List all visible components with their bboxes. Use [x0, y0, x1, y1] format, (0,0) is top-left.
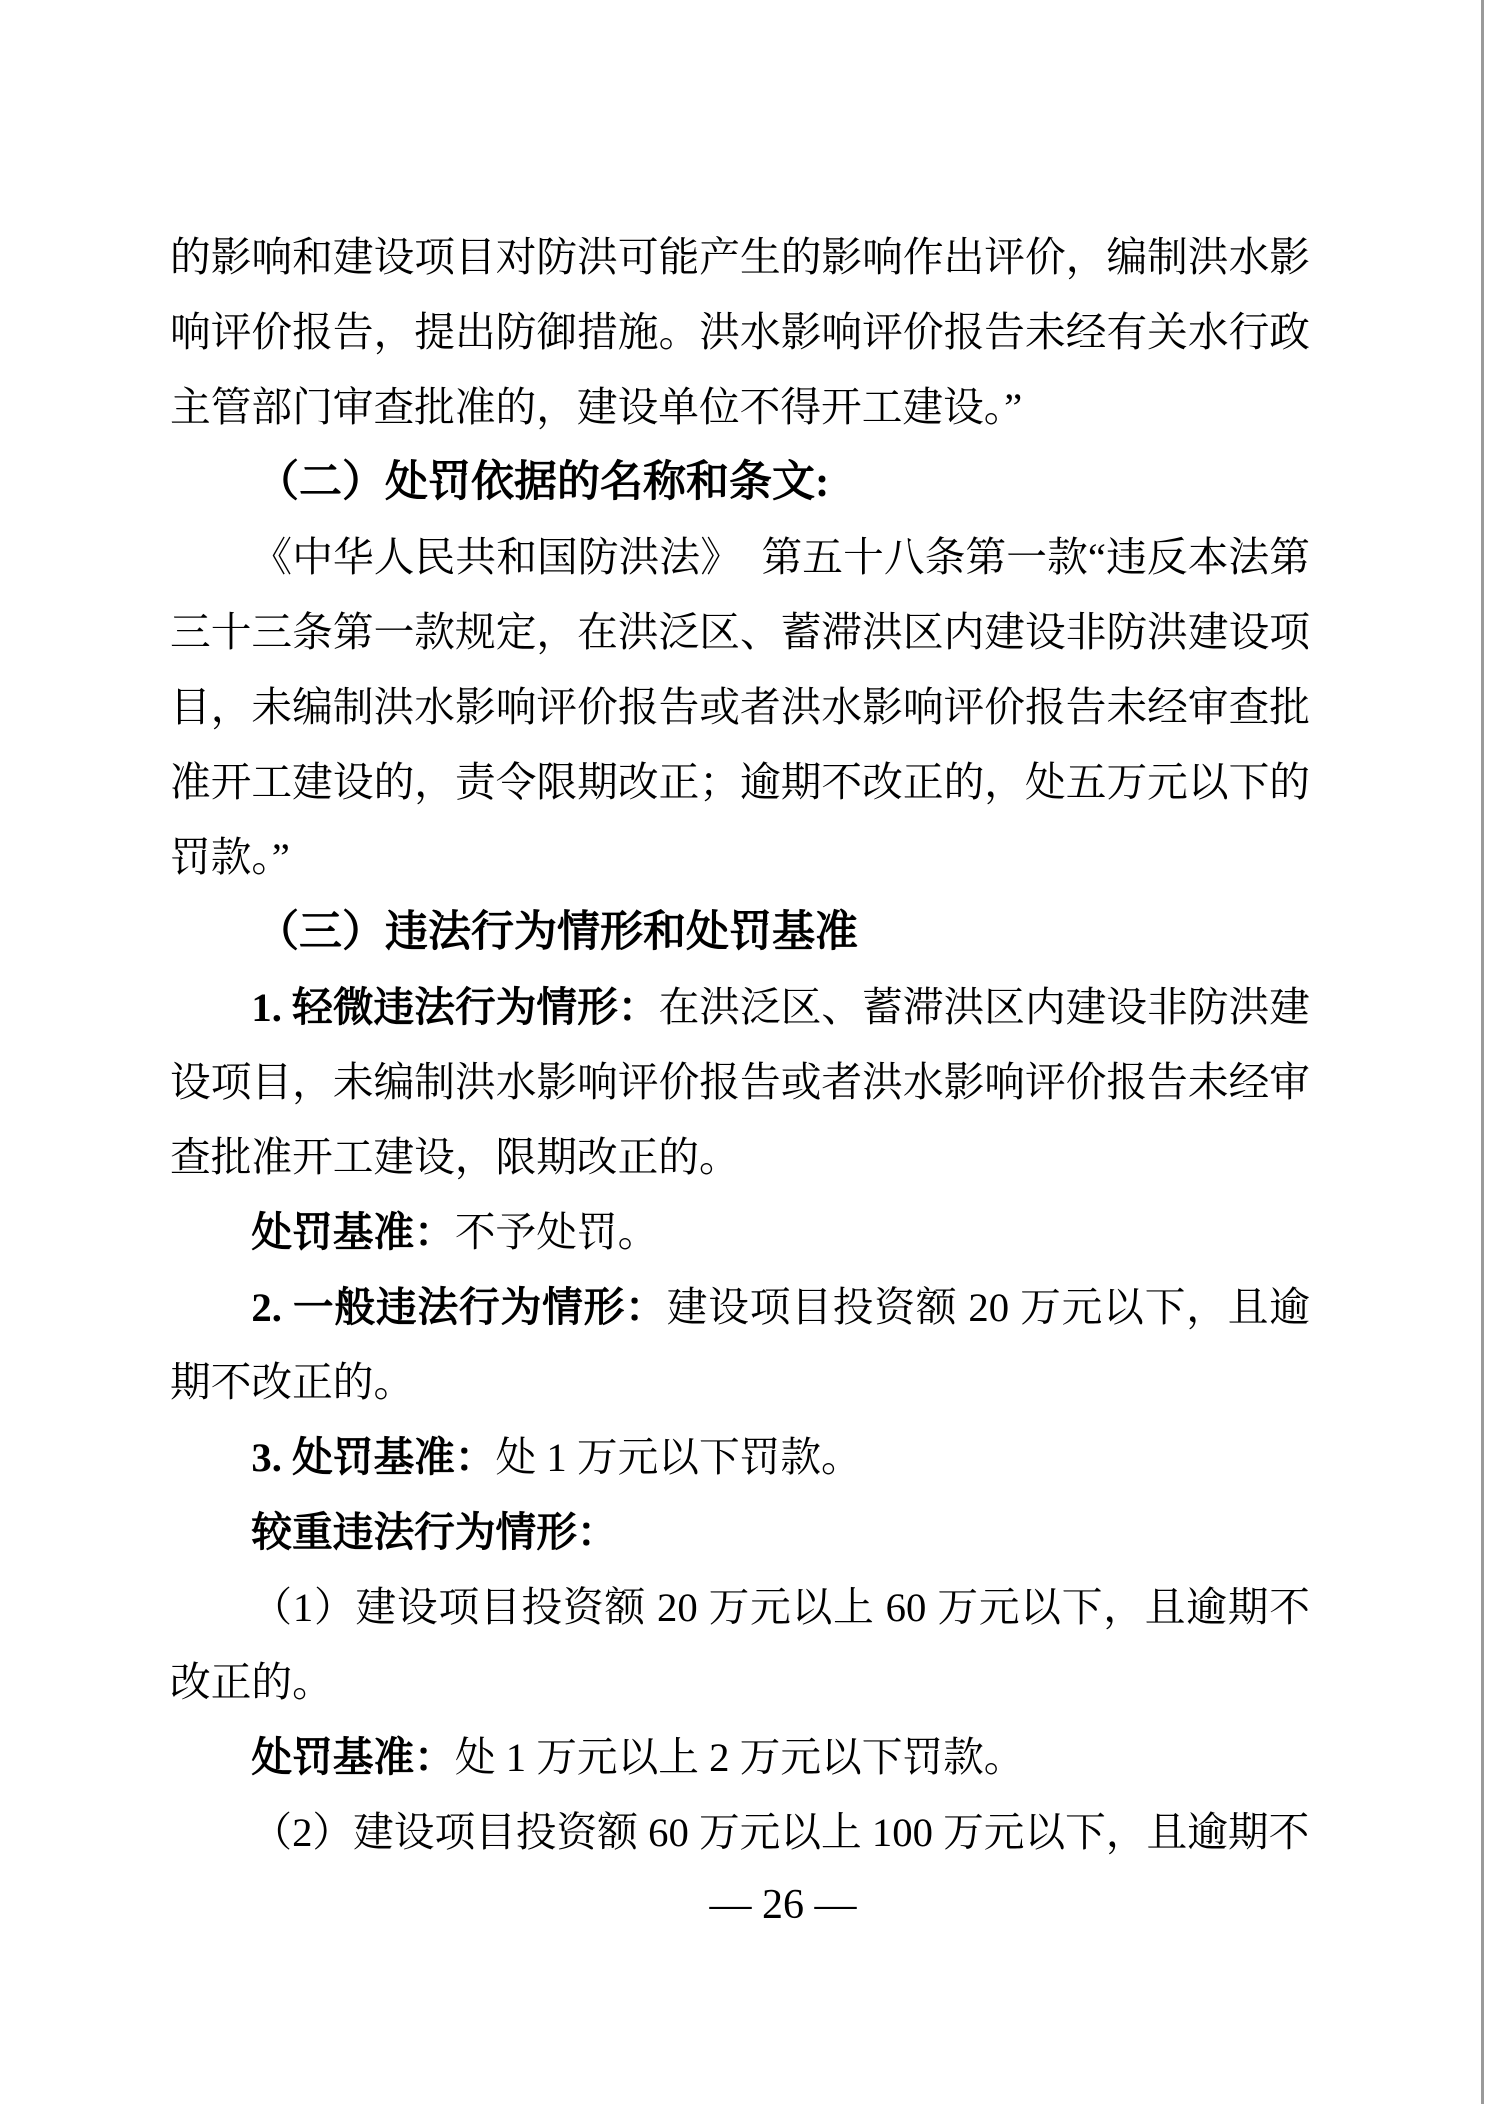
text-run: 的影响和建设项目对防洪可能产生的影响作出评价，编制洪水影响评价报告，提出防御措施… — [170, 235, 1310, 430]
text-run: （1）建设项目投资额 20 万元以上 60 万元以下，且逾期不改正的。 — [170, 1585, 1310, 1705]
section-heading: （三）违法行为情形和处罚基准 — [170, 895, 1310, 970]
bold-text-run: 2. 一般违法行为情形： — [251, 1285, 666, 1330]
text-run: 处 1 万元以上 2 万元以下罚款。 — [455, 1735, 1025, 1780]
text-run: （2）建设项目投资额 60 万元以上 100 万元以下，且逾期不 — [251, 1810, 1309, 1855]
paragraph: 2. 一般违法行为情形：建设项目投资额 20 万元以下，且逾期不改正的。 — [170, 1270, 1310, 1420]
paragraph: 的影响和建设项目对防洪可能产生的影响作出评价，编制洪水影响评价报告，提出防御措施… — [170, 220, 1310, 445]
document-page: 的影响和建设项目对防洪可能产生的影响作出评价，编制洪水影响评价报告，提出防御措施… — [0, 0, 1488, 2104]
paragraph: （2）建设项目投资额 60 万元以上 100 万元以下，且逾期不 — [170, 1795, 1310, 1870]
bold-text-run: 3. 处罚基准： — [251, 1435, 495, 1480]
paragraph: 3. 处罚基准：处 1 万元以下罚款。 — [170, 1420, 1310, 1495]
page-number: — 26 — — [39, 1878, 1488, 1932]
paragraph: 较重违法行为情形： — [170, 1495, 1310, 1570]
bold-text-run: 处罚基准： — [251, 1210, 454, 1255]
section-heading: （二）处罚依据的名称和条文: — [170, 445, 1310, 520]
bold-text-run: 处罚基准： — [251, 1735, 454, 1780]
paragraph: （1）建设项目投资额 20 万元以上 60 万元以下，且逾期不改正的。 — [170, 1570, 1310, 1720]
paragraph: 处罚基准：不予处罚。 — [170, 1195, 1310, 1270]
text-run: 不予处罚。 — [455, 1210, 658, 1255]
paragraph: 处罚基准：处 1 万元以上 2 万元以下罚款。 — [170, 1720, 1310, 1795]
document-body: 的影响和建设项目对防洪可能产生的影响作出评价，编制洪水影响评价报告，提出防御措施… — [170, 220, 1310, 1870]
bold-text-run: （二）处罚依据的名称和条文: — [256, 459, 829, 506]
bold-text-run: 1. 轻微违法行为情形： — [251, 985, 658, 1030]
paragraph: 1. 轻微违法行为情形：在洪泛区、蓄滞洪区内建设非防洪建设项目，未编制洪水影响评… — [170, 970, 1310, 1195]
page-edge-line — [1481, 0, 1484, 2104]
text-run: 《中华人民共和国防洪法》 第五十八条第一款“违反本法第三十三条第一款规定，在洪泛… — [170, 535, 1310, 880]
text-run: 处 1 万元以下罚款。 — [496, 1435, 862, 1480]
bold-text-run: （三）违法行为情形和处罚基准 — [256, 909, 858, 956]
bold-text-run: 较重违法行为情形： — [251, 1510, 617, 1555]
paragraph: 《中华人民共和国防洪法》 第五十八条第一款“违反本法第三十三条第一款规定，在洪泛… — [170, 520, 1310, 895]
